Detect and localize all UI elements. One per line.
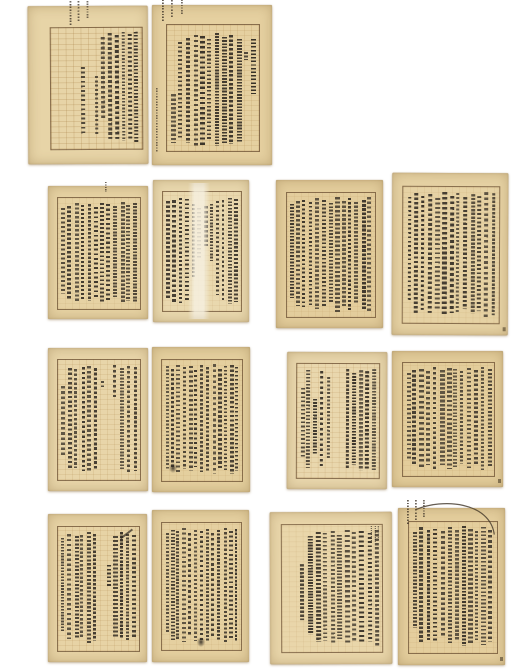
margin-note-left-annotation bbox=[154, 88, 159, 152]
handwriting-ink bbox=[460, 371, 463, 463]
text-column bbox=[405, 189, 413, 321]
text-column bbox=[99, 200, 106, 307]
text-column bbox=[112, 200, 119, 307]
handwriting-ink bbox=[488, 369, 492, 468]
text-column bbox=[358, 527, 366, 650]
handwriting-ink bbox=[200, 531, 204, 639]
handwriting-ink bbox=[428, 194, 432, 313]
text-column bbox=[440, 189, 448, 321]
handwriting-ink bbox=[188, 533, 191, 635]
handwriting-ink bbox=[216, 201, 219, 295]
handwriting-ink bbox=[106, 204, 110, 300]
text-column bbox=[411, 524, 418, 651]
handwriting-ink bbox=[352, 532, 356, 643]
handwriting-ink bbox=[172, 200, 176, 303]
text-column bbox=[228, 525, 234, 648]
text-column bbox=[111, 529, 117, 649]
title-column-ink bbox=[251, 39, 256, 94]
text-column bbox=[187, 362, 193, 479]
handwriting-ink bbox=[217, 530, 220, 641]
handwriting-ink bbox=[316, 532, 321, 642]
handwriting-ink bbox=[101, 381, 104, 389]
text-column bbox=[295, 195, 301, 315]
ruled-border-frame bbox=[166, 24, 260, 152]
handwriting-ink bbox=[313, 399, 317, 454]
text-column bbox=[119, 200, 126, 307]
handwriting-ink bbox=[367, 533, 372, 641]
text-column bbox=[438, 365, 445, 475]
text-column bbox=[373, 527, 381, 650]
handwriting-ink bbox=[166, 366, 169, 469]
text-column bbox=[113, 29, 120, 146]
ruled-border-frame bbox=[161, 522, 243, 651]
text-column bbox=[210, 525, 216, 648]
text-column bbox=[426, 189, 434, 321]
text-column bbox=[453, 524, 460, 651]
text-column bbox=[169, 27, 176, 149]
text-column bbox=[86, 529, 92, 649]
handwriting-ink bbox=[320, 371, 323, 466]
text-column bbox=[370, 366, 377, 476]
text-column bbox=[67, 362, 74, 478]
handwriting-ink bbox=[450, 196, 454, 313]
text-column bbox=[343, 527, 351, 650]
manuscript-page bbox=[152, 5, 272, 165]
text-column bbox=[132, 362, 139, 478]
handwriting-ink bbox=[82, 367, 85, 471]
text-column bbox=[318, 366, 325, 476]
handwriting-ink bbox=[166, 533, 169, 634]
handwriting-ink bbox=[342, 201, 346, 306]
text-column bbox=[357, 366, 364, 476]
handwriting-ink bbox=[315, 198, 318, 308]
text-column bbox=[183, 194, 189, 309]
handwriting-ink bbox=[414, 193, 419, 313]
handwriting-ink bbox=[94, 368, 97, 470]
handwriting-ink bbox=[211, 533, 214, 637]
handwriting-ink bbox=[302, 200, 305, 308]
manuscript-scan-photo bbox=[0, 0, 530, 671]
text-column bbox=[221, 27, 228, 149]
handwriting-ink bbox=[229, 531, 233, 638]
text-column bbox=[73, 529, 79, 649]
manuscript-page bbox=[48, 514, 147, 662]
text-column bbox=[52, 30, 59, 147]
handwriting-ink bbox=[330, 531, 335, 643]
handwriting-ink bbox=[354, 202, 357, 304]
text-column bbox=[120, 29, 127, 146]
text-column bbox=[124, 529, 130, 649]
handwriting-ink bbox=[481, 527, 485, 644]
text-column bbox=[433, 189, 441, 321]
text-column bbox=[112, 362, 119, 478]
handwriting-ink bbox=[420, 195, 424, 310]
text-column bbox=[418, 524, 425, 651]
text-column bbox=[204, 525, 210, 648]
handwriting-ink bbox=[186, 38, 191, 143]
ruled-border-frame bbox=[286, 192, 376, 318]
handwriting-ink bbox=[194, 35, 199, 148]
text-column bbox=[221, 194, 227, 309]
text-column bbox=[439, 524, 446, 651]
handwriting-ink bbox=[132, 535, 136, 638]
ruled-border-frame bbox=[402, 362, 495, 478]
handwriting-ink bbox=[81, 205, 84, 299]
text-column bbox=[80, 200, 87, 307]
handwriting-ink bbox=[468, 529, 472, 644]
text-column bbox=[80, 362, 87, 478]
handwriting-ink bbox=[362, 200, 366, 309]
handwriting-ink bbox=[171, 94, 175, 143]
text-column bbox=[418, 365, 425, 475]
handwriting-ink bbox=[309, 202, 312, 305]
handwriting-ink bbox=[408, 197, 412, 302]
page-corner-dot-annotation bbox=[503, 327, 506, 331]
ruled-border-frame bbox=[161, 359, 243, 482]
manuscript-page bbox=[392, 173, 509, 336]
handwriting-ink bbox=[215, 33, 219, 145]
text-column bbox=[119, 362, 126, 478]
handwriting-ink bbox=[412, 370, 415, 464]
handwriting-ink bbox=[484, 192, 489, 317]
text-column bbox=[419, 189, 427, 321]
ruled-border-frame bbox=[57, 359, 141, 481]
text-column bbox=[250, 27, 257, 149]
handwriting-ink bbox=[75, 203, 79, 304]
text-column bbox=[86, 362, 93, 478]
text-column bbox=[233, 525, 239, 648]
handwriting-ink bbox=[375, 529, 379, 646]
text-column bbox=[447, 189, 455, 321]
text-column bbox=[105, 529, 111, 649]
manuscript-page bbox=[392, 351, 503, 487]
handwriting-ink bbox=[244, 52, 248, 61]
handwriting-ink bbox=[306, 370, 310, 467]
handwriting-ink bbox=[462, 526, 466, 646]
handwriting-ink bbox=[335, 197, 339, 312]
handwriting-ink bbox=[427, 530, 430, 640]
handwriting-ink bbox=[229, 35, 232, 145]
handwriting-ink bbox=[192, 204, 195, 279]
handwriting-ink bbox=[176, 365, 180, 473]
text-column bbox=[169, 525, 175, 648]
text-column bbox=[314, 195, 320, 315]
handwriting-ink bbox=[213, 364, 217, 474]
handwriting-ink bbox=[197, 208, 201, 260]
ruled-border-frame bbox=[57, 526, 140, 652]
text-column bbox=[199, 525, 205, 648]
handwriting-ink bbox=[200, 36, 205, 146]
handwriting-ink bbox=[115, 35, 119, 138]
text-column bbox=[206, 27, 213, 149]
handwriting-ink bbox=[100, 203, 104, 303]
text-column bbox=[412, 189, 420, 321]
handwriting-ink bbox=[433, 367, 436, 469]
manuscript-page bbox=[276, 180, 383, 328]
handwriting-ink bbox=[290, 204, 294, 297]
text-column bbox=[351, 527, 359, 650]
handwriting-ink bbox=[206, 367, 209, 470]
handwriting-ink bbox=[120, 532, 123, 637]
text-column bbox=[284, 527, 292, 650]
ruled-border-frame bbox=[281, 524, 384, 654]
handwriting-ink bbox=[107, 565, 111, 587]
handwriting-ink bbox=[359, 370, 363, 469]
handwriting-ink bbox=[61, 208, 65, 294]
handwriting-ink bbox=[440, 370, 444, 464]
ruled-border-frame bbox=[162, 191, 243, 312]
text-column bbox=[184, 27, 191, 149]
handwriting-ink bbox=[433, 529, 437, 642]
notes-above-left-annotation bbox=[156, 0, 188, 22]
text-column bbox=[223, 362, 229, 479]
handwriting-ink bbox=[113, 536, 117, 637]
text-column bbox=[79, 30, 86, 147]
text-column bbox=[217, 362, 223, 479]
handwriting-ink bbox=[463, 197, 468, 309]
handwriting-ink bbox=[207, 39, 211, 139]
text-column bbox=[299, 527, 307, 650]
text-column bbox=[486, 365, 493, 475]
text-column bbox=[425, 524, 432, 651]
text-column bbox=[446, 524, 453, 651]
text-column bbox=[228, 27, 235, 149]
text-column bbox=[242, 27, 249, 149]
text-column bbox=[86, 30, 93, 147]
handwriting-ink bbox=[352, 373, 356, 466]
text-column bbox=[66, 529, 72, 649]
ruled-border-frame bbox=[296, 363, 380, 480]
text-column bbox=[214, 194, 220, 309]
text-column bbox=[118, 529, 124, 649]
text-column bbox=[299, 366, 306, 476]
handwriting-ink bbox=[194, 530, 197, 641]
handwriting-ink bbox=[93, 534, 97, 642]
handwriting-ink bbox=[127, 366, 131, 472]
text-column bbox=[92, 529, 98, 649]
text-column bbox=[193, 362, 199, 479]
handwriting-ink bbox=[126, 205, 130, 301]
text-column bbox=[170, 362, 176, 479]
manuscript-page bbox=[152, 510, 249, 662]
handwriting-ink bbox=[224, 528, 227, 644]
text-column bbox=[98, 529, 104, 649]
handwriting-ink bbox=[189, 366, 193, 470]
text-column bbox=[432, 365, 439, 475]
handwriting-ink bbox=[61, 538, 64, 631]
handwriting-ink bbox=[481, 367, 484, 470]
text-column bbox=[125, 200, 132, 307]
text-column bbox=[476, 189, 484, 321]
text-column bbox=[412, 365, 419, 475]
text-column bbox=[336, 527, 344, 650]
ruled-border-frame bbox=[49, 26, 143, 150]
text-column bbox=[193, 525, 199, 648]
text-column bbox=[165, 194, 171, 309]
text-column bbox=[321, 527, 329, 650]
handwriting-ink bbox=[68, 368, 71, 469]
handwriting-ink bbox=[301, 388, 305, 456]
handwriting-ink bbox=[230, 365, 233, 474]
handwriting-ink bbox=[237, 39, 242, 143]
handwriting-ink bbox=[337, 535, 342, 640]
text-column bbox=[93, 362, 100, 478]
text-column bbox=[306, 527, 314, 650]
text-column bbox=[467, 524, 474, 651]
handwriting-ink bbox=[95, 76, 99, 135]
handwriting-ink bbox=[134, 32, 138, 143]
handwriting-ink bbox=[222, 200, 225, 300]
handwriting-ink bbox=[296, 201, 299, 306]
handwriting-ink bbox=[87, 366, 91, 472]
text-column bbox=[460, 524, 467, 651]
manuscript-page bbox=[270, 512, 393, 664]
manuscript-page bbox=[48, 348, 148, 491]
handwriting-ink bbox=[235, 367, 238, 470]
text-column bbox=[360, 195, 366, 315]
handwriting-ink bbox=[74, 369, 77, 467]
text-column bbox=[479, 365, 486, 475]
handwriting-ink bbox=[407, 373, 411, 461]
handwriting-ink bbox=[182, 528, 186, 643]
text-column bbox=[321, 195, 327, 315]
handwriting-ink bbox=[183, 367, 186, 469]
text-column bbox=[461, 189, 469, 321]
text-column bbox=[211, 362, 217, 479]
manuscript-page bbox=[48, 186, 148, 319]
text-column bbox=[181, 362, 187, 479]
text-column bbox=[177, 194, 183, 309]
text-column bbox=[79, 529, 85, 649]
text-column bbox=[181, 525, 187, 648]
handwriting-ink bbox=[419, 369, 424, 468]
text-column bbox=[164, 525, 170, 648]
text-column bbox=[60, 362, 67, 478]
handwriting-ink bbox=[372, 369, 376, 471]
text-column bbox=[131, 529, 137, 649]
text-column bbox=[366, 195, 372, 315]
text-column bbox=[405, 365, 412, 475]
text-column bbox=[222, 525, 228, 648]
text-column bbox=[171, 194, 177, 309]
handwriting-ink bbox=[204, 206, 208, 246]
tick-above-annotation bbox=[103, 182, 109, 192]
text-column bbox=[187, 525, 193, 648]
text-column bbox=[465, 365, 472, 475]
handwriting-ink bbox=[323, 533, 328, 640]
handwriting-ink bbox=[475, 531, 478, 639]
handwriting-ink bbox=[467, 368, 470, 468]
text-column bbox=[305, 366, 312, 476]
handwriting-ink bbox=[455, 530, 459, 641]
handwriting-ink bbox=[101, 36, 105, 118]
text-column bbox=[334, 195, 340, 315]
handwriting-ink bbox=[194, 370, 197, 467]
text-column bbox=[227, 194, 233, 309]
handwriting-ink bbox=[218, 369, 222, 469]
text-column bbox=[60, 529, 66, 649]
text-column bbox=[106, 362, 113, 478]
handwriting-ink bbox=[80, 535, 83, 639]
text-column bbox=[327, 195, 333, 315]
text-column bbox=[347, 195, 353, 315]
text-column bbox=[233, 194, 239, 309]
text-column bbox=[126, 29, 133, 146]
text-column bbox=[291, 527, 299, 650]
handwriting-ink bbox=[88, 204, 91, 301]
text-column bbox=[445, 365, 452, 475]
text-column bbox=[66, 30, 73, 147]
handwriting-ink bbox=[122, 32, 126, 141]
handwriting-ink bbox=[80, 67, 84, 135]
text-column bbox=[132, 200, 139, 307]
handwriting-ink bbox=[113, 206, 117, 298]
manuscript-page bbox=[398, 508, 505, 665]
text-column bbox=[325, 366, 332, 476]
handwriting-ink bbox=[67, 206, 71, 299]
text-column bbox=[481, 524, 488, 651]
handwriting-ink bbox=[75, 536, 79, 638]
text-column bbox=[191, 27, 198, 149]
handwriting-ink bbox=[94, 207, 98, 298]
text-column bbox=[60, 200, 67, 307]
text-column bbox=[100, 29, 107, 146]
text-column bbox=[234, 362, 240, 479]
text-column bbox=[490, 189, 498, 321]
text-column bbox=[351, 366, 358, 476]
handwriting-ink bbox=[455, 193, 459, 314]
handwriting-ink bbox=[234, 199, 238, 302]
handwriting-ink bbox=[128, 34, 132, 140]
text-column bbox=[199, 27, 206, 149]
text-column bbox=[353, 195, 359, 315]
handwriting-ink bbox=[113, 365, 116, 397]
manuscript-page bbox=[152, 347, 250, 492]
text-column bbox=[454, 189, 462, 321]
handwriting-ink bbox=[235, 529, 238, 642]
text-column bbox=[133, 29, 140, 146]
manuscript-page bbox=[287, 352, 387, 489]
handwriting-ink bbox=[133, 203, 137, 304]
text-column bbox=[164, 362, 170, 479]
text-column bbox=[331, 366, 338, 476]
handwriting-ink bbox=[448, 527, 452, 643]
text-column bbox=[432, 524, 439, 651]
text-column bbox=[340, 195, 346, 315]
handwriting-ink bbox=[300, 564, 305, 619]
handwriting-ink bbox=[442, 192, 447, 316]
text-column bbox=[302, 195, 308, 315]
text-column bbox=[483, 189, 491, 321]
handwriting-ink bbox=[308, 536, 313, 635]
handwriting-ink bbox=[171, 530, 175, 640]
text-column bbox=[176, 362, 182, 479]
text-column bbox=[73, 362, 80, 478]
handwriting-ink bbox=[171, 369, 174, 468]
handwriting-ink bbox=[477, 196, 482, 312]
handwriting-ink bbox=[367, 197, 371, 311]
text-column bbox=[474, 524, 481, 651]
text-column bbox=[338, 366, 345, 476]
text-column bbox=[202, 194, 208, 309]
text-column bbox=[488, 524, 495, 651]
page-corner-dot-annotation bbox=[500, 657, 503, 661]
text-column bbox=[190, 194, 196, 309]
handwriting-ink bbox=[206, 529, 209, 641]
text-column bbox=[93, 29, 100, 146]
text-column bbox=[308, 195, 314, 315]
handwriting-ink bbox=[359, 531, 364, 644]
